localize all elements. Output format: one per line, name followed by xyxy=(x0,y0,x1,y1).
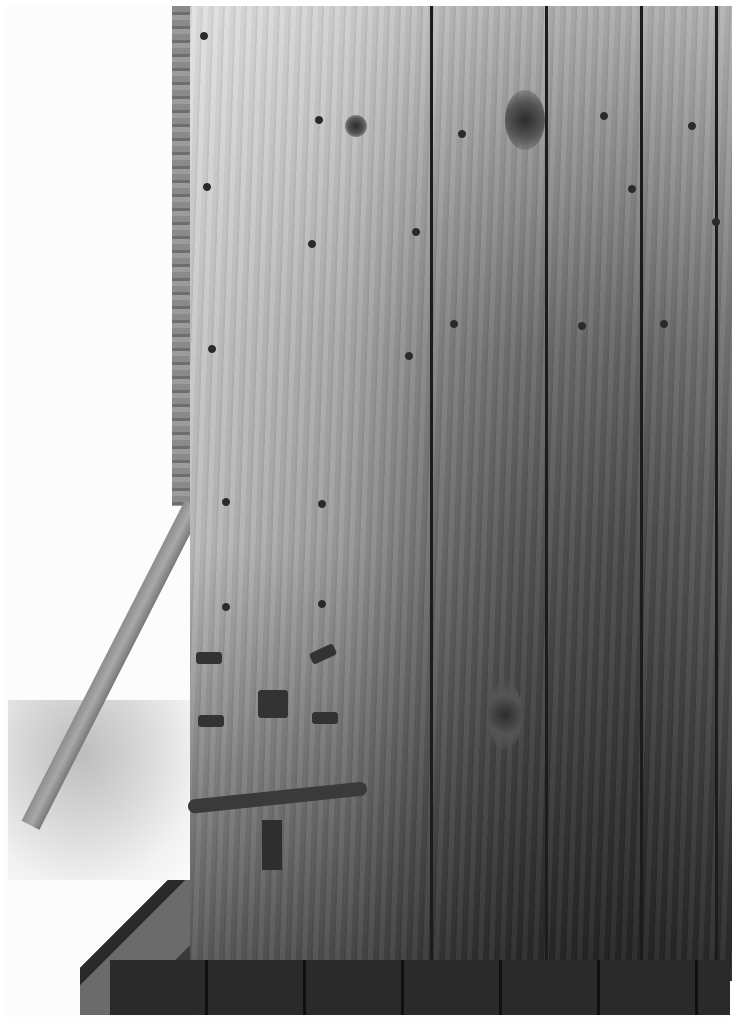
nail-head xyxy=(458,130,466,138)
nail-head xyxy=(688,122,696,130)
nail-head xyxy=(405,352,413,360)
nail-head xyxy=(318,600,326,608)
wood-knot xyxy=(488,680,522,750)
wood-knot xyxy=(345,115,367,137)
iron-strap xyxy=(198,715,224,727)
wood-knot xyxy=(505,90,545,150)
nail-head xyxy=(318,500,326,508)
bolt-keeper xyxy=(262,820,282,870)
nail-head xyxy=(660,320,668,328)
plank-seam xyxy=(640,6,643,976)
floorboards xyxy=(110,960,730,1015)
plank-seam xyxy=(545,6,548,976)
iron-strap xyxy=(196,652,222,664)
plank-seam xyxy=(430,6,433,976)
nail-head xyxy=(200,32,208,40)
iron-strap xyxy=(312,712,338,724)
lock-plate xyxy=(258,690,288,718)
nail-head xyxy=(578,322,586,330)
nail-head xyxy=(203,183,211,191)
nail-head xyxy=(308,240,316,248)
plank-seam xyxy=(715,6,718,976)
nail-head xyxy=(412,228,420,236)
nail-head xyxy=(600,112,608,120)
nail-head xyxy=(628,185,636,193)
nail-head xyxy=(315,116,323,124)
nail-head xyxy=(222,603,230,611)
door-frame-post xyxy=(172,6,190,506)
nail-head xyxy=(712,218,720,226)
photograph xyxy=(0,0,738,1024)
nail-head xyxy=(222,498,230,506)
nail-head xyxy=(208,345,216,353)
nail-head xyxy=(450,320,458,328)
